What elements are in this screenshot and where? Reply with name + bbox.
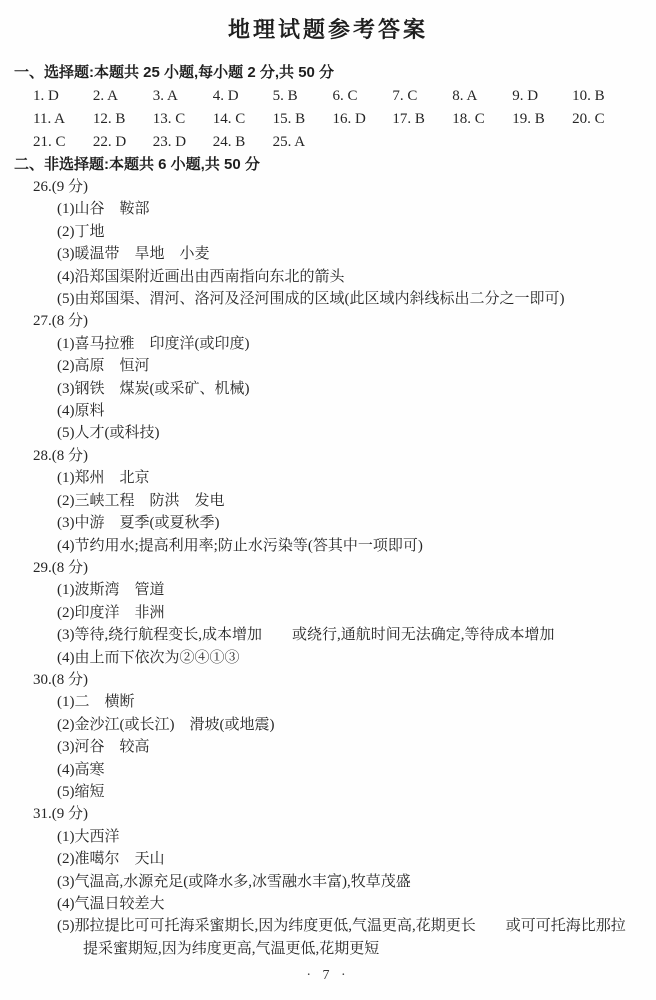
answer-item: (5)人才(或科技) [57, 422, 628, 444]
answer-item: (2)三峡工程 防洪 发电 [57, 490, 628, 512]
mc-answer: 12. B [93, 108, 153, 131]
answer-item: (4)沿郑国渠附近画出由西南指向东北的箭头 [57, 266, 628, 288]
mc-answer: 14. C [213, 108, 273, 131]
mc-answer: 2. A [93, 85, 153, 108]
answer-item: (2)印度洋 非洲 [57, 602, 628, 624]
question-number: 26.(9 分) [33, 176, 642, 198]
mc-answer: 19. B [512, 108, 572, 131]
answer-item: (2)准噶尔 天山 [57, 848, 628, 870]
section2-heading: 二、非选择题:本题共 6 小题,共 50 分 [14, 154, 642, 176]
question-block: 27.(8 分)(1)喜马拉雅 印度洋(或印度)(2)高原 恒河(3)钢铁 煤炭… [14, 310, 642, 444]
answer-item: (1)郑州 北京 [57, 467, 628, 489]
answer-item: (4)原料 [57, 400, 628, 422]
questions-list: 26.(9 分)(1)山谷 鞍部(2)丁地(3)暖温带 旱地 小麦(4)沿郑国渠… [14, 176, 642, 960]
question-block: 31.(9 分)(1)大西洋(2)准噶尔 天山(3)气温高,水源充足(或降水多,… [14, 803, 642, 960]
answer-item: (2)高原 恒河 [57, 355, 628, 377]
answer-item: (3)暖温带 旱地 小麦 [57, 243, 628, 265]
answer-item: (2)丁地 [57, 221, 628, 243]
mc-answer: 24. B [213, 131, 273, 154]
mc-answer: 16. D [333, 108, 393, 131]
answer-item: (4)节约用水;提高利用率;防止水污染等(答其中一项即可) [57, 535, 628, 557]
answer-item: (1)大西洋 [57, 826, 628, 848]
answer-item: (1)二 横断 [57, 691, 628, 713]
answer-item: (3)气温高,水源充足(或降水多,冰雪融水丰富),牧草茂盛 [57, 871, 628, 893]
mc-answer: 8. A [452, 85, 512, 108]
mc-answer: 10. B [572, 85, 632, 108]
mc-answer: 1. D [33, 85, 93, 108]
mc-answer: 23. D [153, 131, 213, 154]
mc-answers-grid: 1. D2. A3. A4. D5. B6. C7. C8. A9. D10. … [33, 85, 632, 154]
mc-answer: 3. A [153, 85, 213, 108]
answer-item: (1)山谷 鞍部 [57, 198, 628, 220]
answer-item: (3)河谷 较高 [57, 736, 628, 758]
answer-item: (4)气温日较差大 [57, 893, 628, 915]
question-block: 29.(8 分)(1)波斯湾 管道(2)印度洋 非洲(3)等待,绕行航程变长,成… [14, 557, 642, 669]
mc-answer: 6. C [333, 85, 393, 108]
page-number: · 7 · [0, 968, 656, 984]
question-number: 30.(8 分) [33, 669, 642, 691]
answer-item: (4)由上而下依次为②④①③ [57, 647, 628, 669]
question-number: 29.(8 分) [33, 557, 642, 579]
question-number: 28.(8 分) [33, 445, 642, 467]
mc-answer: 9. D [512, 85, 572, 108]
answer-item: (2)金沙江(或长江) 滑坡(或地震) [57, 714, 628, 736]
question-block: 30.(8 分)(1)二 横断(2)金沙江(或长江) 滑坡(或地震)(3)河谷 … [14, 669, 642, 803]
answer-item: (5)由郑国渠、渭河、洛河及泾河围成的区域(此区域内斜线标出二分之一即可) [57, 288, 628, 310]
question-block: 26.(9 分)(1)山谷 鞍部(2)丁地(3)暖温带 旱地 小麦(4)沿郑国渠… [14, 176, 642, 310]
page-title: 地理试题参考答案 [14, 18, 642, 42]
mc-answer: 15. B [273, 108, 333, 131]
question-number: 27.(8 分) [33, 310, 642, 332]
answer-item: (5)缩短 [57, 781, 628, 803]
answer-item: (3)中游 夏季(或夏秋季) [57, 512, 628, 534]
mc-answer: 20. C [572, 108, 632, 131]
answer-item: (4)高寒 [57, 759, 628, 781]
answer-item: (3)等待,绕行航程变长,成本增加 或绕行,通航时间无法确定,等待成本增加 [57, 624, 628, 646]
question-number: 31.(9 分) [33, 803, 642, 825]
answer-item: (3)钢铁 煤炭(或采矿、机械) [57, 378, 628, 400]
answer-item: (5)那拉提比可可托海采蜜期长,因为纬度更低,气温更高,花期更长 或可可托海比那… [57, 915, 628, 960]
mc-answer: 4. D [213, 85, 273, 108]
mc-answer: 17. B [392, 108, 452, 131]
answer-item: (1)喜马拉雅 印度洋(或印度) [57, 333, 628, 355]
mc-answer: 5. B [273, 85, 333, 108]
mc-answer: 18. C [452, 108, 512, 131]
mc-answer: 11. A [33, 108, 93, 131]
mc-answer: 13. C [153, 108, 213, 131]
mc-answer: 25. A [273, 131, 333, 154]
section1-heading: 一、选择题:本题共 25 小题,每小题 2 分,共 50 分 [14, 62, 642, 84]
mc-answer: 7. C [392, 85, 452, 108]
mc-answer: 21. C [33, 131, 93, 154]
mc-answer: 22. D [93, 131, 153, 154]
answer-key-page: 地理试题参考答案 一、选择题:本题共 25 小题,每小题 2 分,共 50 分 … [0, 0, 656, 1000]
answer-item: (1)波斯湾 管道 [57, 579, 628, 601]
question-block: 28.(8 分)(1)郑州 北京(2)三峡工程 防洪 发电(3)中游 夏季(或夏… [14, 445, 642, 557]
